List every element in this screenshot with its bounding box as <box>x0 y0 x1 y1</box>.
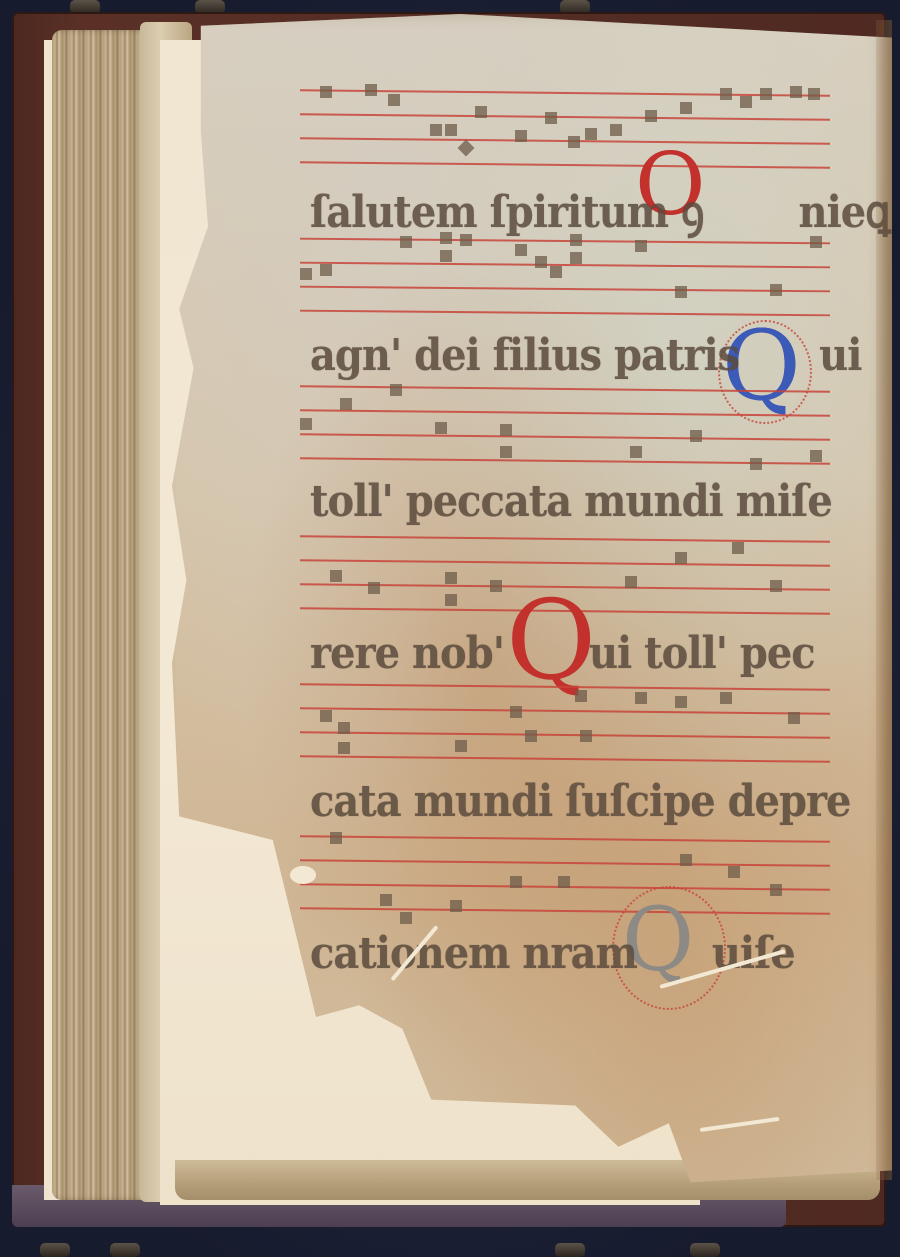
music-staff <box>300 838 830 908</box>
music-staff <box>300 240 830 310</box>
binding-clasp <box>555 1243 585 1257</box>
music-staff <box>300 92 830 162</box>
music-staff <box>300 686 830 756</box>
binding-clasp <box>40 1243 70 1257</box>
chant-text-line-4: rere nob'ui toll' pec <box>310 628 830 683</box>
parchment-hole <box>290 866 316 884</box>
chant-text-line-5: cata mundi ſuſcipe depre <box>310 776 830 831</box>
chant-text-line-6: cationem nramuiſe <box>310 928 830 983</box>
binding-clasp <box>110 1243 140 1257</box>
chant-text-line-1: ſalutem ſpiritum ꝯnieꝗ <box>310 180 830 235</box>
chant-text-line-2: agn' dei filius patrisui <box>310 330 830 385</box>
music-staff <box>300 388 830 458</box>
chant-text-line-3: toll' peccata mundi miſe <box>310 476 830 531</box>
binding-clasp <box>690 1243 720 1257</box>
